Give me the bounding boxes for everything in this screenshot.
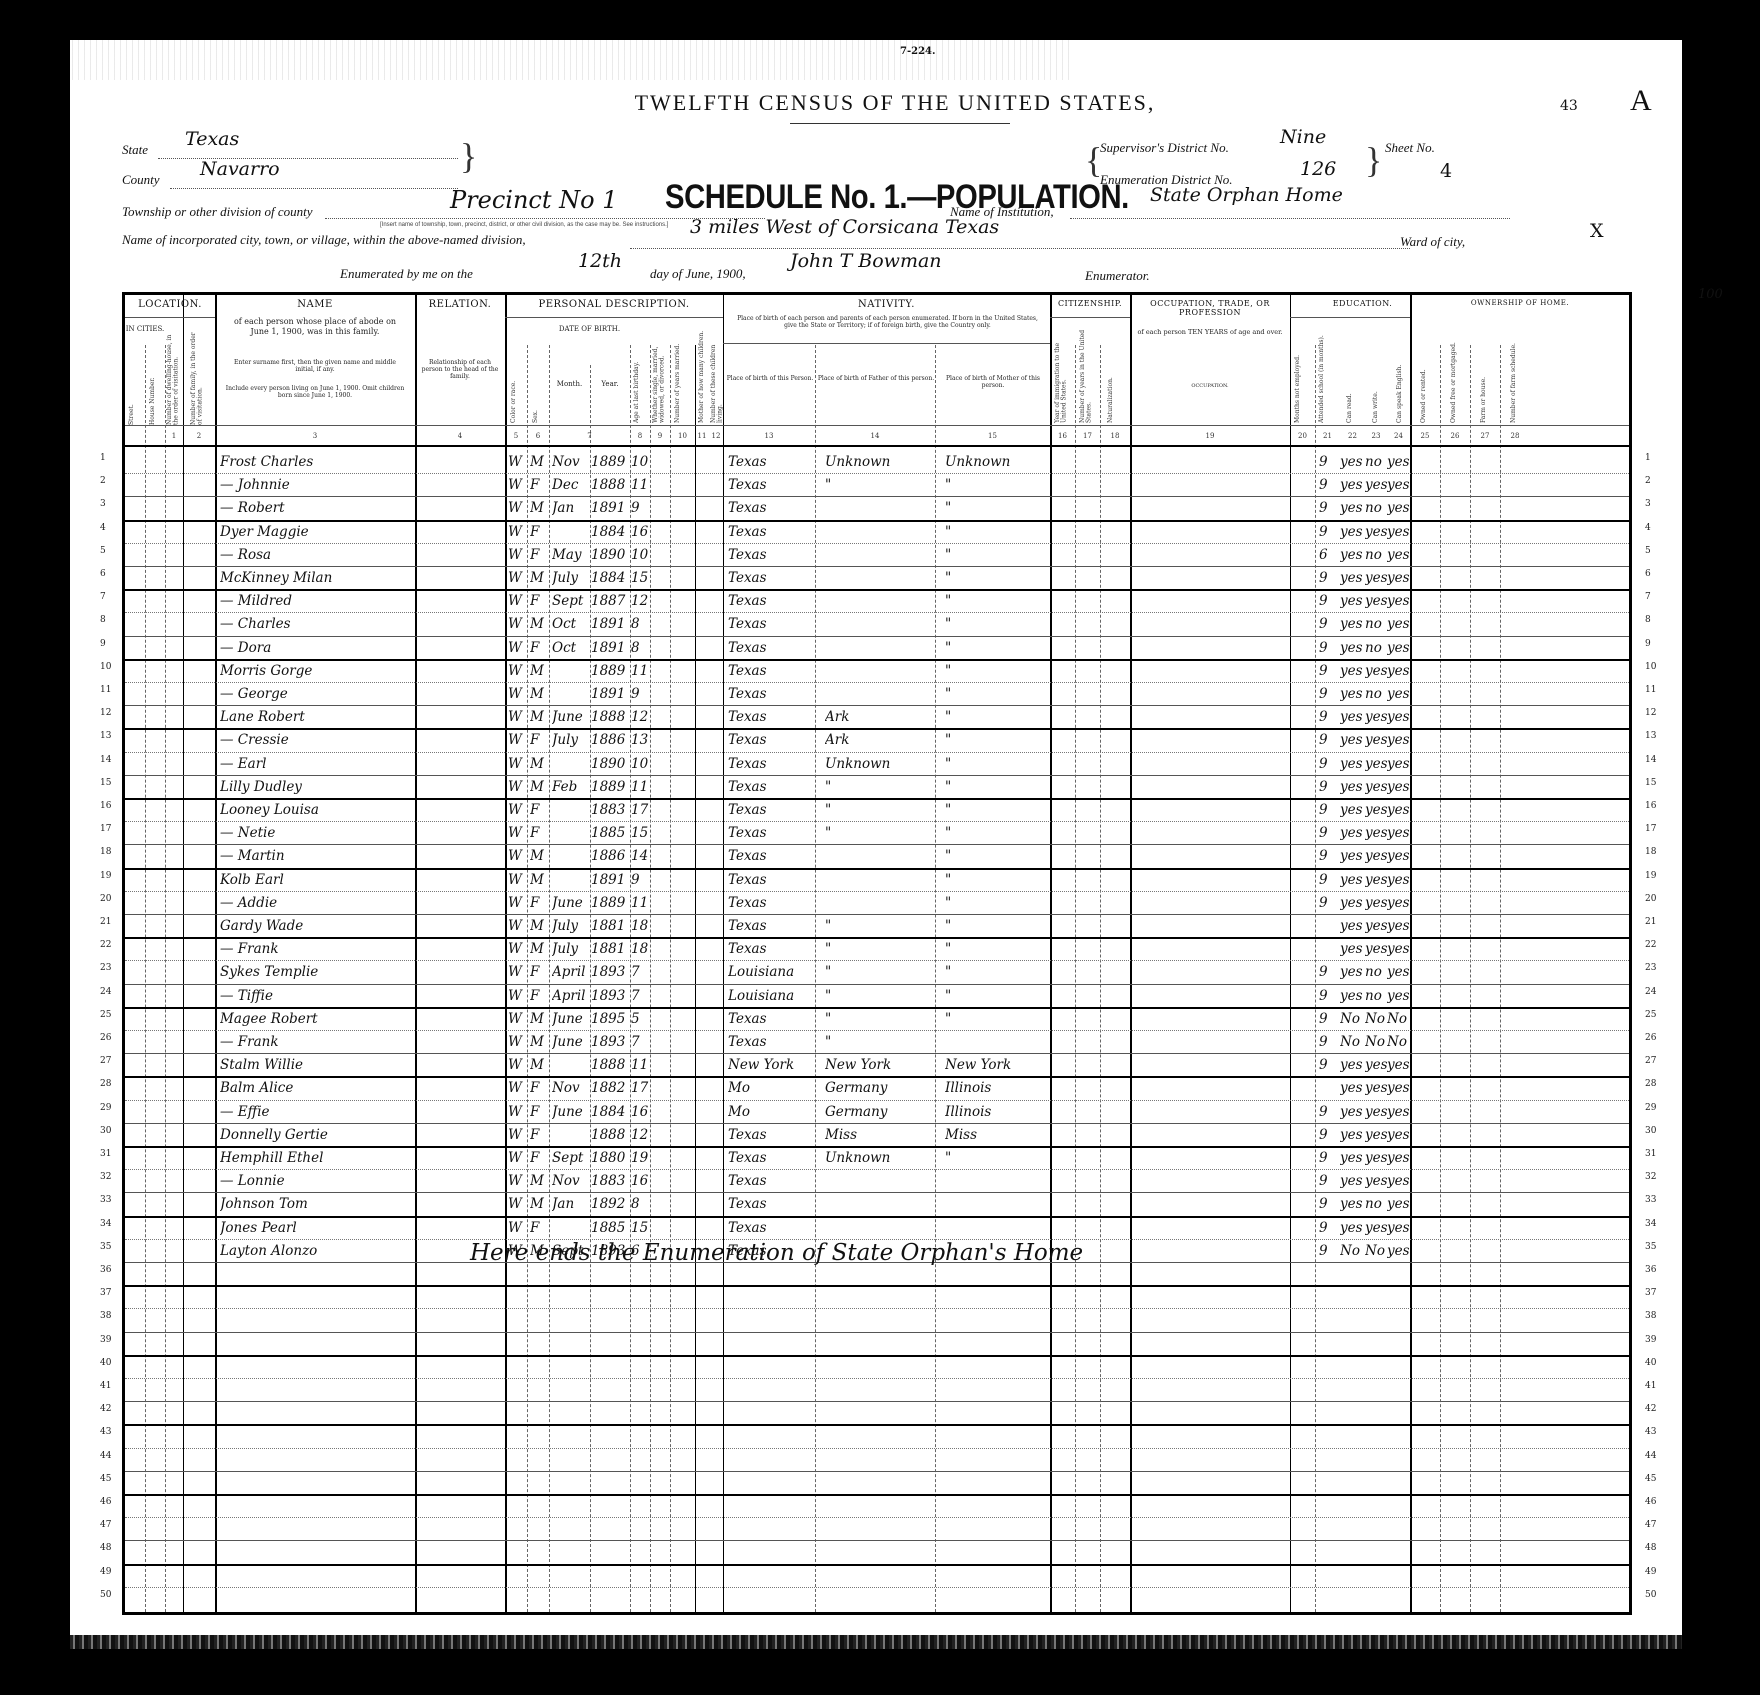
cell-sex: M [530, 844, 550, 867]
line-number-right: 34 [1645, 1219, 1656, 1229]
cell-month: July [552, 566, 592, 589]
cell-school: 9 [1319, 891, 1339, 914]
line-number-left: 40 [100, 1358, 111, 1368]
cell-read: yes [1340, 705, 1365, 728]
cell-english: yes [1387, 984, 1410, 1007]
line-number-right: 31 [1645, 1149, 1656, 1159]
hdr-nativity-desc: Place of birth of each person and parent… [730, 315, 1045, 329]
cell-school: 9 [1319, 473, 1339, 496]
cell-write: No [1365, 1007, 1387, 1030]
cell-mother [945, 1216, 1049, 1239]
cell-write: no [1365, 612, 1387, 635]
cell-sex: M [530, 659, 550, 682]
colnum: 12 [709, 432, 723, 440]
cell-year: 1891 [591, 612, 631, 635]
cell-year: 1893 [591, 1030, 631, 1053]
hdr-mother-of: Mother of how many children. [699, 325, 709, 423]
cell-english: yes [1387, 1053, 1410, 1076]
cell-name: Gardy Wade [220, 914, 415, 937]
cell-mother: " [945, 844, 1049, 867]
table-row: Gardy WadeWMJuly188118Texas""yesyesyes [125, 914, 1629, 937]
cell-read: yes [1340, 752, 1365, 775]
line-number-right: 18 [1645, 847, 1656, 857]
colnum: 16 [1050, 432, 1075, 440]
colnum: 20 [1290, 432, 1315, 440]
colnum: 4 [415, 432, 505, 440]
table-row: Looney LouisaWF188317Texas""9yesyesyes [125, 798, 1629, 821]
cell-age: 10 [631, 543, 653, 566]
cell-age: 18 [631, 937, 653, 960]
cell-age: 7 [631, 984, 653, 1007]
cell-year: 1890 [591, 752, 631, 775]
colnum: 3 [215, 432, 415, 440]
cell-read: yes [1340, 984, 1365, 1007]
cell-color: W [508, 1030, 528, 1053]
line-number-left: 25 [100, 1010, 111, 1020]
cell-write: yes [1365, 589, 1387, 612]
cell-sex: M [530, 1007, 550, 1030]
cell-write: no [1365, 450, 1387, 473]
cell-year: 1881 [591, 914, 631, 937]
cell-write: No [1365, 1239, 1387, 1262]
cell-english: yes [1387, 728, 1410, 751]
hdr-can-speak-english: Can speak English. [1397, 365, 1404, 423]
cell-sex: F [530, 960, 550, 983]
cell-name: — Rosa [220, 543, 415, 566]
cell-write: yes [1365, 1169, 1387, 1192]
cell-school: 9 [1319, 798, 1339, 821]
line-number-left: 5 [100, 546, 106, 556]
cell-year: 1891 [591, 636, 631, 659]
cell-name: Kolb Earl [220, 868, 415, 891]
cell-sex: M [530, 450, 550, 473]
hdr-birth-mother: Place of birth of Mother of this person. [937, 375, 1049, 389]
line-number-right: 25 [1645, 1010, 1656, 1020]
cell-father [825, 543, 935, 566]
cell-name: — Netie [220, 821, 415, 844]
cell-father: Ark [825, 705, 935, 728]
line-number-left: 26 [100, 1033, 111, 1043]
cell-school: 9 [1319, 1239, 1339, 1262]
table-row: — CressieWFJuly188613TexasArk"9yesyesyes [125, 728, 1629, 751]
cell-name: McKinney Milan [220, 566, 415, 589]
cell-age: 8 [631, 612, 653, 635]
cell-write: yes [1365, 844, 1387, 867]
line-number-right: 5 [1645, 546, 1651, 556]
cell-write: no [1365, 682, 1387, 705]
cell-color: W [508, 1192, 528, 1215]
cell-read: yes [1340, 1216, 1365, 1239]
cell-year: 1888 [591, 1123, 631, 1146]
line-number-left: 20 [100, 894, 111, 904]
census-title: TWELFTH CENSUS OF THE UNITED STATES, [515, 90, 1275, 116]
cell-sex: F [530, 891, 550, 914]
cell-english: yes [1387, 566, 1410, 589]
line-number-left: 29 [100, 1103, 111, 1113]
cell-mother: Illinois [945, 1076, 1049, 1099]
cell-read: yes [1340, 960, 1365, 983]
cell-color: W [508, 798, 528, 821]
cell-write: yes [1365, 821, 1387, 844]
line-number-left: 19 [100, 871, 111, 881]
cell-name: — Lonnie [220, 1169, 415, 1192]
colnum: 10 [670, 432, 695, 440]
cell-age: 13 [631, 728, 653, 751]
cell-color: W [508, 589, 528, 612]
cell-mother: Miss [945, 1123, 1049, 1146]
line-number-right: 1 [1645, 453, 1651, 463]
cell-school: 9 [1319, 821, 1339, 844]
cell-name: — Frank [220, 1030, 415, 1053]
hdr-occupation: OCCUPATION, TRADE, OR PROFESSION [1130, 299, 1290, 317]
cell-english: yes [1387, 1192, 1410, 1215]
cell-color: W [508, 566, 528, 589]
cell-write: yes [1365, 1123, 1387, 1146]
colnum: 5 [505, 432, 527, 440]
line-number-left: 49 [100, 1567, 111, 1577]
cell-english: yes [1387, 1100, 1410, 1123]
cell-color: W [508, 728, 528, 751]
colnum: 24 [1387, 432, 1410, 440]
hdr-occupation-desc: of each person TEN YEARS of age and over… [1135, 329, 1285, 337]
cell-father: Ark [825, 728, 935, 751]
line-number-left: 31 [100, 1149, 111, 1159]
cell-year: 1895 [591, 1007, 631, 1030]
cell-write: yes [1365, 728, 1387, 751]
cell-name: Layton Alonzo [220, 1239, 415, 1262]
hdr-sex: Sex. [533, 395, 540, 423]
cell-year: 1885 [591, 1216, 631, 1239]
table-row: — JohnnieWFDec188811Texas""9yesyesyes [125, 473, 1629, 496]
cell-sex: F [530, 984, 550, 1007]
cell-color: W [508, 659, 528, 682]
hdr-rule [1050, 317, 1130, 318]
cell-father [825, 1169, 935, 1192]
cell-month [552, 798, 592, 821]
cell-english: yes [1387, 914, 1410, 937]
line-number-right: 16 [1645, 801, 1656, 811]
cell-sex: F [530, 798, 550, 821]
cell-name: Magee Robert [220, 1007, 415, 1030]
line-number-right: 44 [1645, 1451, 1656, 1461]
brace-state-county: } [460, 138, 477, 174]
cell-birth: Texas [728, 1192, 816, 1215]
cell-age: 7 [631, 1030, 653, 1053]
cell-mother: " [945, 891, 1049, 914]
hdr-name-instr1: Enter surname first, then the given name… [225, 359, 405, 373]
cell-sex: M [530, 1030, 550, 1053]
cell-birth: Texas [728, 682, 816, 705]
cell-mother: " [945, 589, 1049, 612]
cell-write: yes [1365, 473, 1387, 496]
cell-school: 9 [1319, 1053, 1339, 1076]
cell-sex: F [530, 1076, 550, 1099]
cell-mother: " [945, 705, 1049, 728]
cell-color: W [508, 960, 528, 983]
cell-write: no [1365, 960, 1387, 983]
enumerated-prefix: Enumerated by me on the [340, 266, 473, 282]
table-row: Jones PearlWF188515Texas9yesyesyes [125, 1216, 1629, 1239]
line-number-right: 38 [1645, 1311, 1656, 1321]
line-number-right: 32 [1645, 1172, 1656, 1182]
line-number-right: 11 [1645, 685, 1656, 695]
colnum: 8 [630, 432, 650, 440]
cell-english: yes [1387, 1239, 1410, 1262]
cell-write: yes [1365, 659, 1387, 682]
cell-color: W [508, 821, 528, 844]
cell-father: Germany [825, 1076, 935, 1099]
cell-mother: Unknown [945, 450, 1049, 473]
line-number-left: 37 [100, 1288, 111, 1298]
cell-english: yes [1387, 636, 1410, 659]
line-number-right: 48 [1645, 1543, 1656, 1553]
cell-name: — Frank [220, 937, 415, 960]
hdr-years-married: Number of years married. [675, 335, 682, 423]
hdr-can-read: Can read. [1347, 385, 1354, 423]
cell-father: " [825, 914, 935, 937]
line-number-left: 15 [100, 778, 111, 788]
cell-father [825, 636, 935, 659]
cell-color: W [508, 1169, 528, 1192]
ward-label: Ward of city, [1400, 234, 1465, 250]
cell-school: 9 [1319, 1030, 1339, 1053]
closing-note: Here ends the Enumeration of State Orpha… [470, 1240, 1083, 1266]
cell-month: Jan [552, 1192, 592, 1215]
cell-birth: Texas [728, 798, 816, 821]
hdr-immigration-year: Year of immigration to the United States… [1055, 325, 1069, 423]
table-row: — FrankWMJuly188118Texas""yesyesyes [125, 937, 1629, 960]
hdr-dwelling: Number of dwelling-house, in the order o… [167, 325, 181, 425]
colnum: 21 [1315, 432, 1340, 440]
cell-english: yes [1387, 937, 1410, 960]
line-number-right: 9 [1645, 639, 1651, 649]
cell-name: Dyer Maggie [220, 520, 415, 543]
cell-age: 12 [631, 1123, 653, 1146]
hdr-naturalization: Naturalization. [1108, 355, 1115, 423]
cell-school [1319, 1076, 1339, 1099]
cell-father: " [825, 1007, 935, 1030]
line-number-right: 23 [1645, 963, 1656, 973]
cell-month: May [552, 543, 592, 566]
cell-year: 1891 [591, 682, 631, 705]
cell-age: 9 [631, 682, 653, 705]
cell-color: W [508, 984, 528, 1007]
cell-english: yes [1387, 543, 1410, 566]
cell-read: yes [1340, 496, 1365, 519]
cell-month: June [552, 891, 592, 914]
hdr-relation-desc: Relationship of each person to the head … [420, 359, 500, 381]
cell-english: yes [1387, 589, 1410, 612]
table-row: — EffieWFJune188416MoGermanyIllinois9yes… [125, 1100, 1629, 1123]
hdr-farm-house: Farm or house. [1481, 365, 1488, 423]
cell-month [552, 1123, 592, 1146]
cell-age: 16 [631, 520, 653, 543]
scan-bottom-edge [70, 1635, 1682, 1649]
cell-sex: M [530, 1169, 550, 1192]
cell-color: W [508, 543, 528, 566]
cell-father: " [825, 798, 935, 821]
cell-birth: Texas [728, 728, 816, 751]
cell-read: yes [1340, 1100, 1365, 1123]
cell-write: yes [1365, 891, 1387, 914]
cell-school: 9 [1319, 566, 1339, 589]
cell-english: yes [1387, 450, 1410, 473]
cell-age: 8 [631, 1192, 653, 1215]
cell-name: — Charles [220, 612, 415, 635]
line-number-left: 30 [100, 1126, 111, 1136]
cell-age: 9 [631, 496, 653, 519]
cell-mother: " [945, 775, 1049, 798]
cell-year: 1891 [591, 496, 631, 519]
cell-school: 9 [1319, 868, 1339, 891]
cell-mother: " [945, 1146, 1049, 1169]
cell-read: yes [1340, 914, 1365, 937]
cell-write: yes [1365, 705, 1387, 728]
cell-sex: M [530, 682, 550, 705]
line-number-left: 50 [100, 1590, 111, 1600]
cell-name: Donnelly Gertie [220, 1123, 415, 1146]
cell-month [552, 752, 592, 775]
hdr-occupation-sub: OCCUPATION. [1135, 383, 1285, 389]
hdr-rule [1290, 317, 1410, 318]
line-number-left: 33 [100, 1195, 111, 1205]
colnum: 17 [1075, 432, 1100, 440]
table-row: Donnelly GertieWF188812TexasMissMiss9yes… [125, 1123, 1629, 1146]
hdr-citizenship: CITIZENSHIP. [1050, 299, 1130, 308]
cell-sex: F [530, 636, 550, 659]
cell-month [552, 1053, 592, 1076]
line-number-right: 50 [1645, 1590, 1656, 1600]
line-number-left: 2 [100, 476, 106, 486]
cell-school: 9 [1319, 775, 1339, 798]
colnum: 14 [815, 432, 935, 440]
cell-age: 16 [631, 1100, 653, 1123]
cell-birth: Texas [728, 566, 816, 589]
cell-name: — Earl [220, 752, 415, 775]
cell-age: 17 [631, 1076, 653, 1099]
cell-father [825, 659, 935, 682]
line-number-left: 48 [100, 1543, 111, 1553]
cell-school: 9 [1319, 752, 1339, 775]
table-row: Kolb EarlWM18919Texas"9yesyesyes [125, 868, 1629, 891]
hdr-year: Year. [590, 380, 630, 388]
county-label: County [122, 172, 160, 188]
cell-mother: " [945, 821, 1049, 844]
cell-school: 9 [1319, 520, 1339, 543]
cell-name: — Robert [220, 496, 415, 519]
line-number-right: 22 [1645, 940, 1656, 950]
cell-name: Frost Charles [220, 450, 415, 473]
cell-read: yes [1340, 1192, 1365, 1215]
cell-read: yes [1340, 844, 1365, 867]
page-number: 43 [1560, 98, 1578, 114]
cell-write: yes [1365, 566, 1387, 589]
cell-year: 1882 [591, 1076, 631, 1099]
line-number-right: 8 [1645, 615, 1651, 625]
cell-mother: New York [945, 1053, 1049, 1076]
cell-birth: Texas [728, 891, 816, 914]
line-number-left: 13 [100, 731, 111, 741]
line-number-left: 32 [100, 1172, 111, 1182]
cell-mother: " [945, 473, 1049, 496]
cell-name: — Mildred [220, 589, 415, 612]
line-number-right: 42 [1645, 1404, 1656, 1414]
cell-color: W [508, 473, 528, 496]
cell-month: Oct [552, 636, 592, 659]
cell-read: yes [1340, 868, 1365, 891]
cell-read: yes [1340, 728, 1365, 751]
line-number-right: 20 [1645, 894, 1656, 904]
line-number-left: 41 [100, 1381, 111, 1391]
cell-year: 1891 [591, 868, 631, 891]
cell-mother: " [945, 984, 1049, 1007]
cell-english: yes [1387, 891, 1410, 914]
cell-sex: M [530, 705, 550, 728]
cell-color: W [508, 1216, 528, 1239]
cell-write: yes [1365, 1146, 1387, 1169]
cell-read: yes [1340, 891, 1365, 914]
cell-mother [945, 1169, 1049, 1192]
cell-birth: Texas [728, 868, 816, 891]
cell-school: 9 [1319, 1146, 1339, 1169]
line-number-left: 45 [100, 1474, 111, 1484]
cell-father: New York [825, 1053, 935, 1076]
hdr-name: NAME [215, 299, 415, 310]
cell-year: 1884 [591, 1100, 631, 1123]
cell-month: June [552, 1100, 592, 1123]
cell-birth: Texas [728, 1146, 816, 1169]
hdr-family: Number of family, in the order of visita… [191, 325, 205, 425]
line-number-left: 21 [100, 917, 111, 927]
cell-birth: Texas [728, 1030, 816, 1053]
cell-color: W [508, 775, 528, 798]
cell-write: yes [1365, 752, 1387, 775]
cell-father: " [825, 937, 935, 960]
cell-month [552, 682, 592, 705]
cell-birth: Texas [728, 752, 816, 775]
cell-age: 12 [631, 705, 653, 728]
cell-sex: M [530, 1053, 550, 1076]
cell-school: 9 [1319, 705, 1339, 728]
cell-mother: " [945, 496, 1049, 519]
cell-birth: Texas [728, 775, 816, 798]
cell-birth: Texas [728, 1169, 816, 1192]
cell-month [552, 1216, 592, 1239]
cell-father [825, 566, 935, 589]
line-number-left: 14 [100, 755, 111, 765]
cell-father [825, 520, 935, 543]
cell-father [825, 612, 935, 635]
cell-school: 9 [1319, 682, 1339, 705]
table-row: Dyer MaggieWF188416Texas"9yesyesyes [125, 520, 1629, 543]
table-row: — AddieWFJune188911Texas"9yesyesyes [125, 891, 1629, 914]
cell-english: No [1387, 1007, 1410, 1030]
cell-age: 5 [631, 1007, 653, 1030]
hdr-location: LOCATION. [125, 299, 215, 310]
hdr-personal: PERSONAL DESCRIPTION. [505, 299, 723, 310]
line-number-right: 15 [1645, 778, 1656, 788]
hdr-marital: Whether single, married, widowed, or div… [653, 325, 667, 423]
hdr-attended-school: Attended school (in months). [1319, 325, 1333, 423]
cell-birth: Texas [728, 705, 816, 728]
line-number-right: 49 [1645, 1567, 1656, 1577]
cell-month: Oct [552, 612, 592, 635]
cell-read: yes [1340, 937, 1365, 960]
cell-sex: F [530, 1146, 550, 1169]
enumerated-suffix: day of June, 1900, [650, 266, 746, 282]
form-number: 7-224. [900, 46, 935, 57]
cell-color: W [508, 682, 528, 705]
